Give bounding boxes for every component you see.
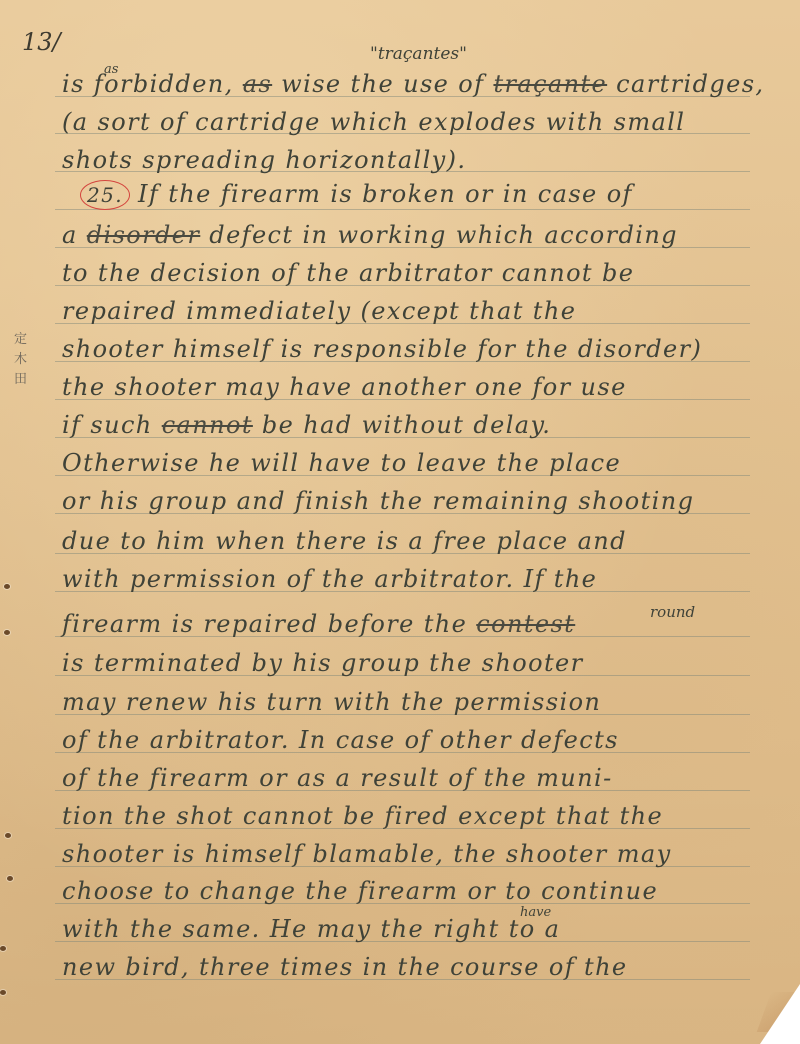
text-segment: if such xyxy=(62,411,162,439)
punch-hole xyxy=(0,990,6,995)
text-line: shooter himself is responsible for the d… xyxy=(62,335,702,363)
text-line: repaired immediately (except that the xyxy=(62,297,576,325)
struck-text: contest xyxy=(476,610,575,638)
insertion-round: round xyxy=(650,603,695,621)
struck-text: as xyxy=(243,70,272,98)
struck-text: disorder xyxy=(87,221,201,249)
text-line: choose to change the firearm or to conti… xyxy=(62,877,658,905)
paragraph-number-circle: 25. xyxy=(80,180,130,210)
text-line: shots spreading horizontally). xyxy=(62,146,466,174)
text-segment: is forbidden, xyxy=(62,70,243,98)
torn-corner xyxy=(760,984,800,1044)
text-line: (a sort of cartridge which explodes with… xyxy=(62,108,685,136)
text-segment: cartridges, xyxy=(607,70,764,98)
text-line: new bird, three times in the course of t… xyxy=(62,953,628,981)
text-segment: defect in working which according xyxy=(200,221,678,249)
text-line: firearm is repaired before the contest xyxy=(62,610,575,638)
page-number: 13/ xyxy=(22,28,61,56)
text-line: the shooter may have another one for use xyxy=(62,373,627,401)
margin-note: 定 木 田 xyxy=(14,330,36,390)
punch-hole xyxy=(7,876,13,881)
text-line: due to him when there is a free place an… xyxy=(62,527,627,555)
text-line: or his group and finish the remaining sh… xyxy=(62,487,694,515)
text-segment: wise the use of xyxy=(272,70,493,98)
text-segment: firearm is repaired before the xyxy=(62,610,476,638)
text-line: 25.If the firearm is broken or in case o… xyxy=(80,180,633,210)
punch-hole xyxy=(4,630,10,635)
margin-note-char: 定 xyxy=(14,330,36,350)
text-line: Otherwise he will have to leave the plac… xyxy=(62,449,621,477)
text-line: of the firearm or as a result of the mun… xyxy=(62,764,613,792)
text-line: tion the shot cannot be fired except tha… xyxy=(62,802,663,830)
punch-hole xyxy=(5,833,11,838)
struck-text: traçante xyxy=(493,70,607,98)
text-line: is forbidden, as wise the use of traçant… xyxy=(62,70,764,98)
margin-note-char: 田 xyxy=(14,370,36,390)
text-line: of the arbitrator. In case of other defe… xyxy=(62,726,619,754)
text-segment: be had without delay. xyxy=(253,411,551,439)
text-line: may renew his turn with the permission xyxy=(62,688,601,716)
struck-text: cannot xyxy=(162,411,253,439)
text-line: with permission of the arbitrator. If th… xyxy=(62,565,597,593)
text-segment: a xyxy=(62,221,87,249)
text-line: if such cannot be had without delay. xyxy=(62,411,551,439)
text-segment: If the firearm is broken or in case of xyxy=(138,180,633,208)
text-line: a disorder defect in working which accor… xyxy=(62,221,678,249)
punch-hole xyxy=(4,584,10,589)
manuscript-page: 13/ 定 木 田 "traçantes" as round have is f… xyxy=(0,0,800,1044)
text-line: to the decision of the arbitrator cannot… xyxy=(62,259,634,287)
insertion-tracantes: "traçantes" xyxy=(370,44,467,64)
text-line: shooter is himself blamable, the shooter… xyxy=(62,840,672,868)
text-line: is terminated by his group the shooter xyxy=(62,649,583,677)
text-line: with the same. He may the right to a xyxy=(62,915,560,943)
margin-note-char: 木 xyxy=(14,350,36,370)
punch-hole xyxy=(0,946,6,951)
